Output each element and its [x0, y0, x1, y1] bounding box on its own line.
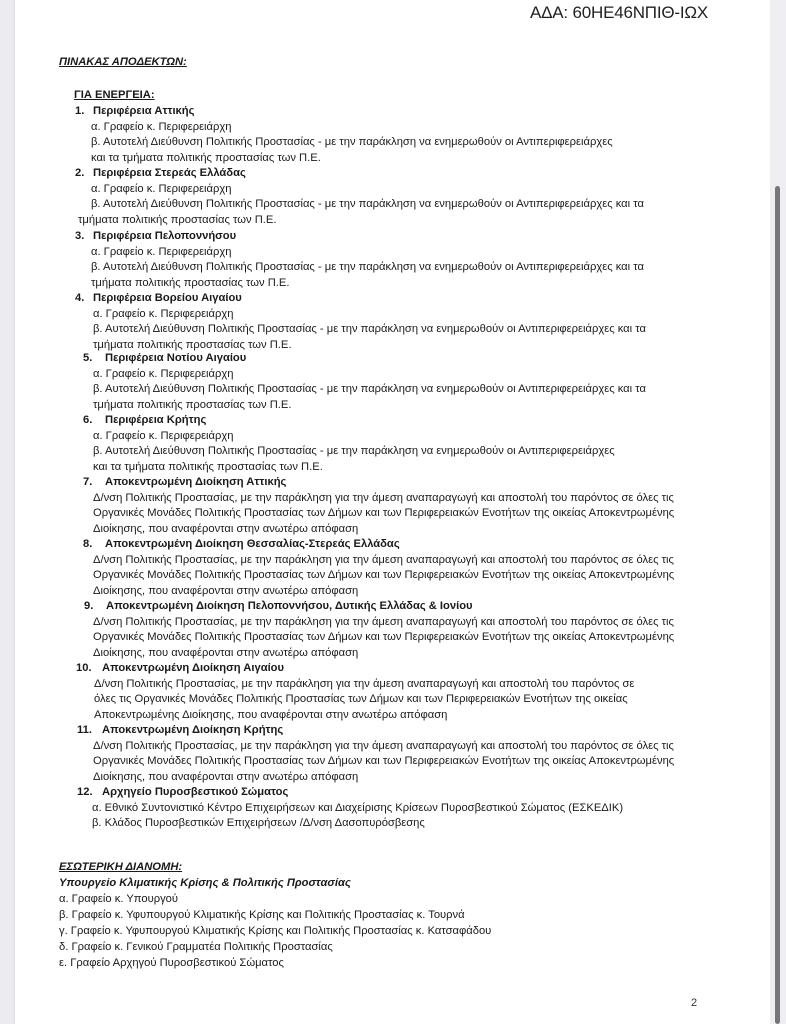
recipient-name: Αποκεντρωμένη Διοίκηση Αιγαίου [102, 661, 284, 675]
recipient-detail-line: Οργανικές Μονάδες Πολιτικής Προστασίας τ… [93, 754, 674, 768]
recipient-detail-line: Οργανικές Μονάδες Πολιτικής Προστασίας τ… [93, 568, 674, 582]
recipient-detail-line: τμήματα πολιτικής προστασίας των Π.Ε. [91, 276, 289, 290]
recipient-name: Περιφέρεια Αττικής [93, 104, 194, 118]
recipient-name: Αποκεντρωμένη Διοίκηση Αττικής [105, 475, 286, 489]
page-number: 2 [691, 997, 697, 1009]
recipient-detail-line: Οργανικές Μονάδες Πολιτικής Προστασίας τ… [93, 506, 674, 520]
item-number: 1. [75, 104, 84, 118]
recipient-detail-line: β. Αυτοτελή Διεύθυνση Πολιτικής Προστασί… [93, 444, 615, 458]
recipient-detail-line: Διοίκησης, που αναφέρονται στην ανωτέρω … [93, 646, 358, 660]
recipient-name: Αποκεντρωμένη Διοίκηση Πελοποννήσου, Δυτ… [106, 599, 473, 613]
recipient-detail-line: α. Γραφείο κ. Περιφερειάρχη [93, 307, 233, 321]
item-number: 11. [77, 723, 92, 737]
recipient-detail-line: Οργανικές Μονάδες Πολιτικής Προστασίας τ… [93, 630, 674, 644]
item-number: 7. [83, 475, 92, 489]
recipient-detail-line: β. Αυτοτελή Διεύθυνση Πολιτικής Προστασί… [91, 135, 613, 149]
recipient-detail-line: β. Αυτοτελή Διεύθυνση Πολιτικής Προστασί… [93, 382, 646, 396]
recipient-detail-line: Δ/νση Πολιτικής Προστασίας, με την παράκ… [93, 491, 674, 505]
recipient-detail-line: Δ/νση Πολιτικής Προστασίας, με την παράκ… [93, 615, 674, 629]
recipient-detail-line: και τα τμήματα πολιτικής προστασίας των … [93, 460, 323, 474]
scrollbar-thumb[interactable] [775, 186, 780, 1024]
recipient-detail-line: Διοίκησης, που αναφέρονται στην ανωτέρω … [93, 522, 358, 536]
recipient-name: Αρχηγείο Πυροσβεστικού Σώματος [102, 785, 288, 799]
recipient-detail-line: τμήματα πολιτικής προστασίας των Π.Ε. [93, 338, 291, 352]
item-number: 5. [83, 351, 92, 365]
recipient-detail-line: τμήματα πολιτικής προστασίας των Π.Ε. [78, 213, 276, 227]
recipient-detail-line: β. Αυτοτελή Διεύθυνση Πολιτικής Προστασί… [91, 260, 644, 274]
for-action-heading: ΓΙΑ ΕΝΕΡΓΕΙΑ: [74, 88, 155, 102]
recipient-detail-line: α. Γραφείο κ. Περιφερειάρχη [91, 120, 231, 134]
internal-distribution-line: γ. Γραφείο κ. Υφυπουργού Κλιματικής Κρίσ… [59, 924, 491, 938]
item-number: 4. [75, 291, 84, 305]
item-number: 2. [75, 166, 84, 180]
recipient-detail-line: α. Εθνικό Συντονιστικό Κέντρο Επιχειρήσε… [92, 801, 623, 815]
item-number: 10. [76, 661, 92, 675]
recipient-name: Περιφέρεια Νοτίου Αιγαίου [105, 351, 246, 365]
internal-distribution-line: δ. Γραφείο κ. Γενικού Γραμματέα Πολιτική… [59, 940, 333, 954]
item-number: 3. [75, 229, 84, 243]
item-number: 6. [83, 413, 92, 427]
internal-distribution-heading: ΕΣΩΤΕΡΙΚΗ ΔΙΑΝΟΜΗ: [59, 860, 182, 874]
recipient-detail-line: Διοίκησης, που αναφέρονται στην ανωτέρω … [93, 770, 358, 784]
recipient-detail-line: και τα τμήματα πολιτικής προστασίας των … [91, 151, 321, 165]
internal-distribution-line: β. Γραφείο κ. Υφυπουργού Κλιματικής Κρίσ… [59, 908, 465, 922]
recipient-detail-line: Διοίκησης, που αναφέρονται στην ανωτέρω … [93, 584, 358, 598]
item-number: 12. [77, 785, 93, 799]
recipient-name: Αποκεντρωμένη Διοίκηση Κρήτης [102, 723, 283, 737]
item-number: 8. [83, 537, 92, 551]
recipient-detail-line: Δ/νση Πολιτικής Προστασίας, με την παράκ… [93, 553, 674, 567]
item-number: 9. [84, 599, 93, 613]
recipient-detail-line: α. Γραφείο κ. Περιφερειάρχη [91, 245, 231, 259]
ministry-name: Υπουργείο Κλιματικής Κρίσης & Πολιτικής … [59, 876, 351, 890]
recipient-detail-line: α. Γραφείο κ. Περιφερειάρχη [93, 429, 233, 443]
recipient-detail-line: Αποκεντρωμένης Διοίκησης, που αναφέροντα… [94, 708, 447, 722]
document-page: ΑΔΑ: 60ΗΕ46ΝΠΙΘ-ΙΩΧ ΠΙΝΑΚΑΣ ΑΠΟΔΕΚΤΩΝ:ΓΙ… [15, 0, 770, 1024]
recipient-name: Αποκεντρωμένη Διοίκηση Θεσσαλίας-Στερεάς… [105, 537, 400, 551]
recipient-name: Περιφέρεια Στερεάς Ελλάδας [93, 166, 246, 180]
recipients-title: ΠΙΝΑΚΑΣ ΑΠΟΔΕΚΤΩΝ: [59, 55, 187, 69]
recipient-detail-line: Δ/νση Πολιτικής Προστασίας, με την παράκ… [93, 739, 674, 753]
recipient-detail-line: Δ/νση Πολιτικής Προστασίας, με την παράκ… [94, 677, 634, 691]
recipient-detail-line: β. Αυτοτελή Διεύθυνση Πολιτικής Προστασί… [91, 197, 644, 211]
recipient-detail-line: β. Αυτοτελή Διεύθυνση Πολιτικής Προστασί… [93, 322, 646, 336]
recipient-name: Περιφέρεια Πελοποννήσου [93, 229, 236, 243]
recipient-detail-line: α. Γραφείο κ. Περιφερειάρχη [91, 182, 231, 196]
internal-distribution-line: ε. Γραφείο Αρχηγού Πυροσβεστικού Σώματος [59, 956, 284, 970]
recipient-detail-line: α. Γραφείο κ. Περιφερειάρχη [93, 367, 233, 381]
recipient-detail-line: β. Κλάδος Πυροσβεστικών Επιχειρήσεων /Δ/… [92, 816, 425, 830]
ada-code: ΑΔΑ: 60ΗΕ46ΝΠΙΘ-ΙΩΧ [530, 3, 708, 23]
recipient-name: Περιφέρεια Κρήτης [105, 413, 206, 427]
recipient-detail-line: όλες τις Οργανικές Μονάδες Πολιτικής Προ… [94, 692, 628, 706]
recipient-detail-line: τμήματα πολιτικής προστασίας των Π.Ε. [93, 398, 291, 412]
recipient-name: Περιφέρεια Βορείου Αιγαίου [93, 291, 242, 305]
internal-distribution-line: α. Γραφείο κ. Υπουργού [59, 892, 178, 906]
